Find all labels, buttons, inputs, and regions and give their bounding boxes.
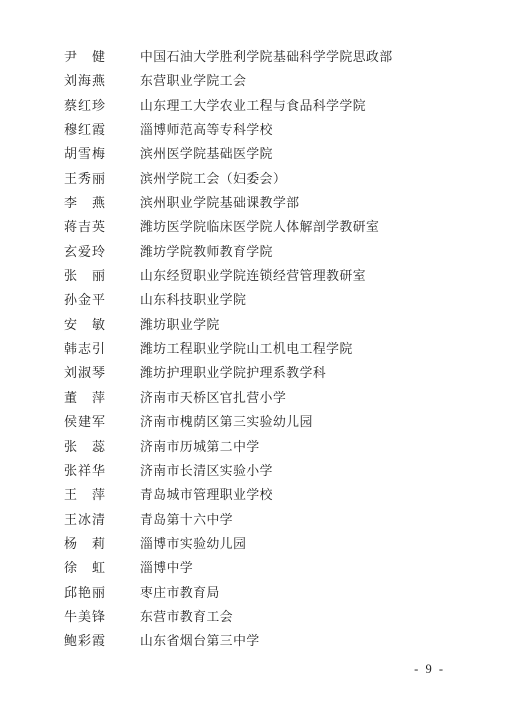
institution-name: 东营职业学院工会 [140,69,246,93]
roster-row: 刘淑琴 潍坊护理职业学院护理系教学科 [64,361,507,385]
person-name: 穆红霞 [64,118,110,142]
institution-name: 济南市历城第二中学 [140,435,260,459]
institution-name: 潍坊工程职业学院山工机电工程学院 [140,337,353,361]
person-name: 牛美锋 [64,605,110,629]
person-name: 李 燕 [64,191,110,215]
institution-name: 青岛城市管理职业学校 [140,483,273,507]
person-name: 蒋吉英 [64,215,110,239]
person-name: 玄爱玲 [64,240,110,264]
person-name: 蔡红珍 [64,94,110,118]
person-name: 安 敏 [64,313,110,337]
institution-name: 滨州医学院基础医学院 [140,142,273,166]
roster-row: 王秀丽 滨州学院工会（妇委会） [64,167,507,191]
institution-name: 东营市教育工会 [140,605,233,629]
institution-name: 济南市槐荫区第三实验幼儿园 [140,410,313,434]
roster-row: 王 萍 青岛城市管理职业学校 [64,483,507,507]
person-name: 鲍彩霞 [64,629,110,653]
roster-row: 杨 莉 淄博市实验幼儿园 [64,532,507,556]
roster-row: 穆红霞 淄博师范高等专科学校 [64,118,507,142]
person-name: 杨 莉 [64,532,110,556]
roster-row: 孙金平 山东科技职业学院 [64,288,507,312]
roster-row: 刘海燕 东营职业学院工会 [64,69,507,93]
person-name: 胡雪梅 [64,142,110,166]
person-name: 张 蕊 [64,435,110,459]
document-page: 尹 健 中国石油大学胜利学院基础科学学院思政部 刘海燕 东营职业学院工会 蔡红珍… [0,0,527,728]
institution-name: 淄博中学 [140,556,193,580]
roster-row: 张 蕊 济南市历城第二中学 [64,435,507,459]
institution-name: 枣庄市教育局 [140,581,220,605]
roster-row: 蔡红珍 山东理工大学农业工程与食品科学学院 [64,94,507,118]
person-name: 张祥华 [64,459,110,483]
institution-name: 潍坊护理职业学院护理系教学科 [140,361,326,385]
roster-row: 董 萍 济南市天桥区官扎营小学 [64,386,507,410]
institution-name: 淄博市实验幼儿园 [140,532,246,556]
institution-name: 潍坊职业学院 [140,313,220,337]
person-name: 孙金平 [64,288,110,312]
roster-row: 徐 虹 淄博中学 [64,556,507,580]
institution-name: 淄博师范高等专科学校 [140,118,273,142]
roster-row: 蒋吉英 潍坊医学院临床医学院人体解剖学教研室 [64,215,507,239]
institution-name: 潍坊医学院临床医学院人体解剖学教研室 [140,215,379,239]
person-name: 王 萍 [64,483,110,507]
roster-row: 鲍彩霞 山东省烟台第三中学 [64,629,507,653]
person-name: 王冰清 [64,508,110,532]
page-number: - 9 - [414,662,445,677]
institution-name: 潍坊学院教师教育学院 [140,240,273,264]
person-name: 刘海燕 [64,69,110,93]
roster-row: 胡雪梅 滨州医学院基础医学院 [64,142,507,166]
person-name: 尹 健 [64,45,110,69]
person-name: 刘淑琴 [64,361,110,385]
roster-row: 李 燕 滨州职业学院基础课教学部 [64,191,507,215]
person-name: 董 萍 [64,386,110,410]
institution-name: 山东科技职业学院 [140,288,246,312]
institution-name: 济南市长清区实验小学 [140,459,273,483]
roster-row: 韩志引 潍坊工程职业学院山工机电工程学院 [64,337,507,361]
roster-row: 侯建军 济南市槐荫区第三实验幼儿园 [64,410,507,434]
institution-name: 滨州职业学院基础课教学部 [140,191,300,215]
roster-row: 王冰清 青岛第十六中学 [64,508,507,532]
roster-row: 牛美锋 东营市教育工会 [64,605,507,629]
person-name: 侯建军 [64,410,110,434]
person-name: 王秀丽 [64,167,110,191]
roster-list: 尹 健 中国石油大学胜利学院基础科学学院思政部 刘海燕 东营职业学院工会 蔡红珍… [64,45,507,654]
institution-name: 青岛第十六中学 [140,508,233,532]
institution-name: 山东理工大学农业工程与食品科学学院 [140,94,366,118]
person-name: 徐 虹 [64,556,110,580]
roster-row: 张 丽 山东经贸职业学院连锁经营管理教研室 [64,264,507,288]
roster-row: 尹 健 中国石油大学胜利学院基础科学学院思政部 [64,45,507,69]
institution-name: 山东经贸职业学院连锁经营管理教研室 [140,264,366,288]
person-name: 邱艳丽 [64,581,110,605]
roster-row: 张祥华 济南市长清区实验小学 [64,459,507,483]
person-name: 韩志引 [64,337,110,361]
institution-name: 滨州学院工会（妇委会） [140,167,286,191]
roster-row: 玄爱玲 潍坊学院教师教育学院 [64,240,507,264]
person-name: 张 丽 [64,264,110,288]
roster-row: 邱艳丽 枣庄市教育局 [64,581,507,605]
roster-row: 安 敏 潍坊职业学院 [64,313,507,337]
institution-name: 山东省烟台第三中学 [140,629,260,653]
institution-name: 中国石油大学胜利学院基础科学学院思政部 [140,45,393,69]
institution-name: 济南市天桥区官扎营小学 [140,386,286,410]
